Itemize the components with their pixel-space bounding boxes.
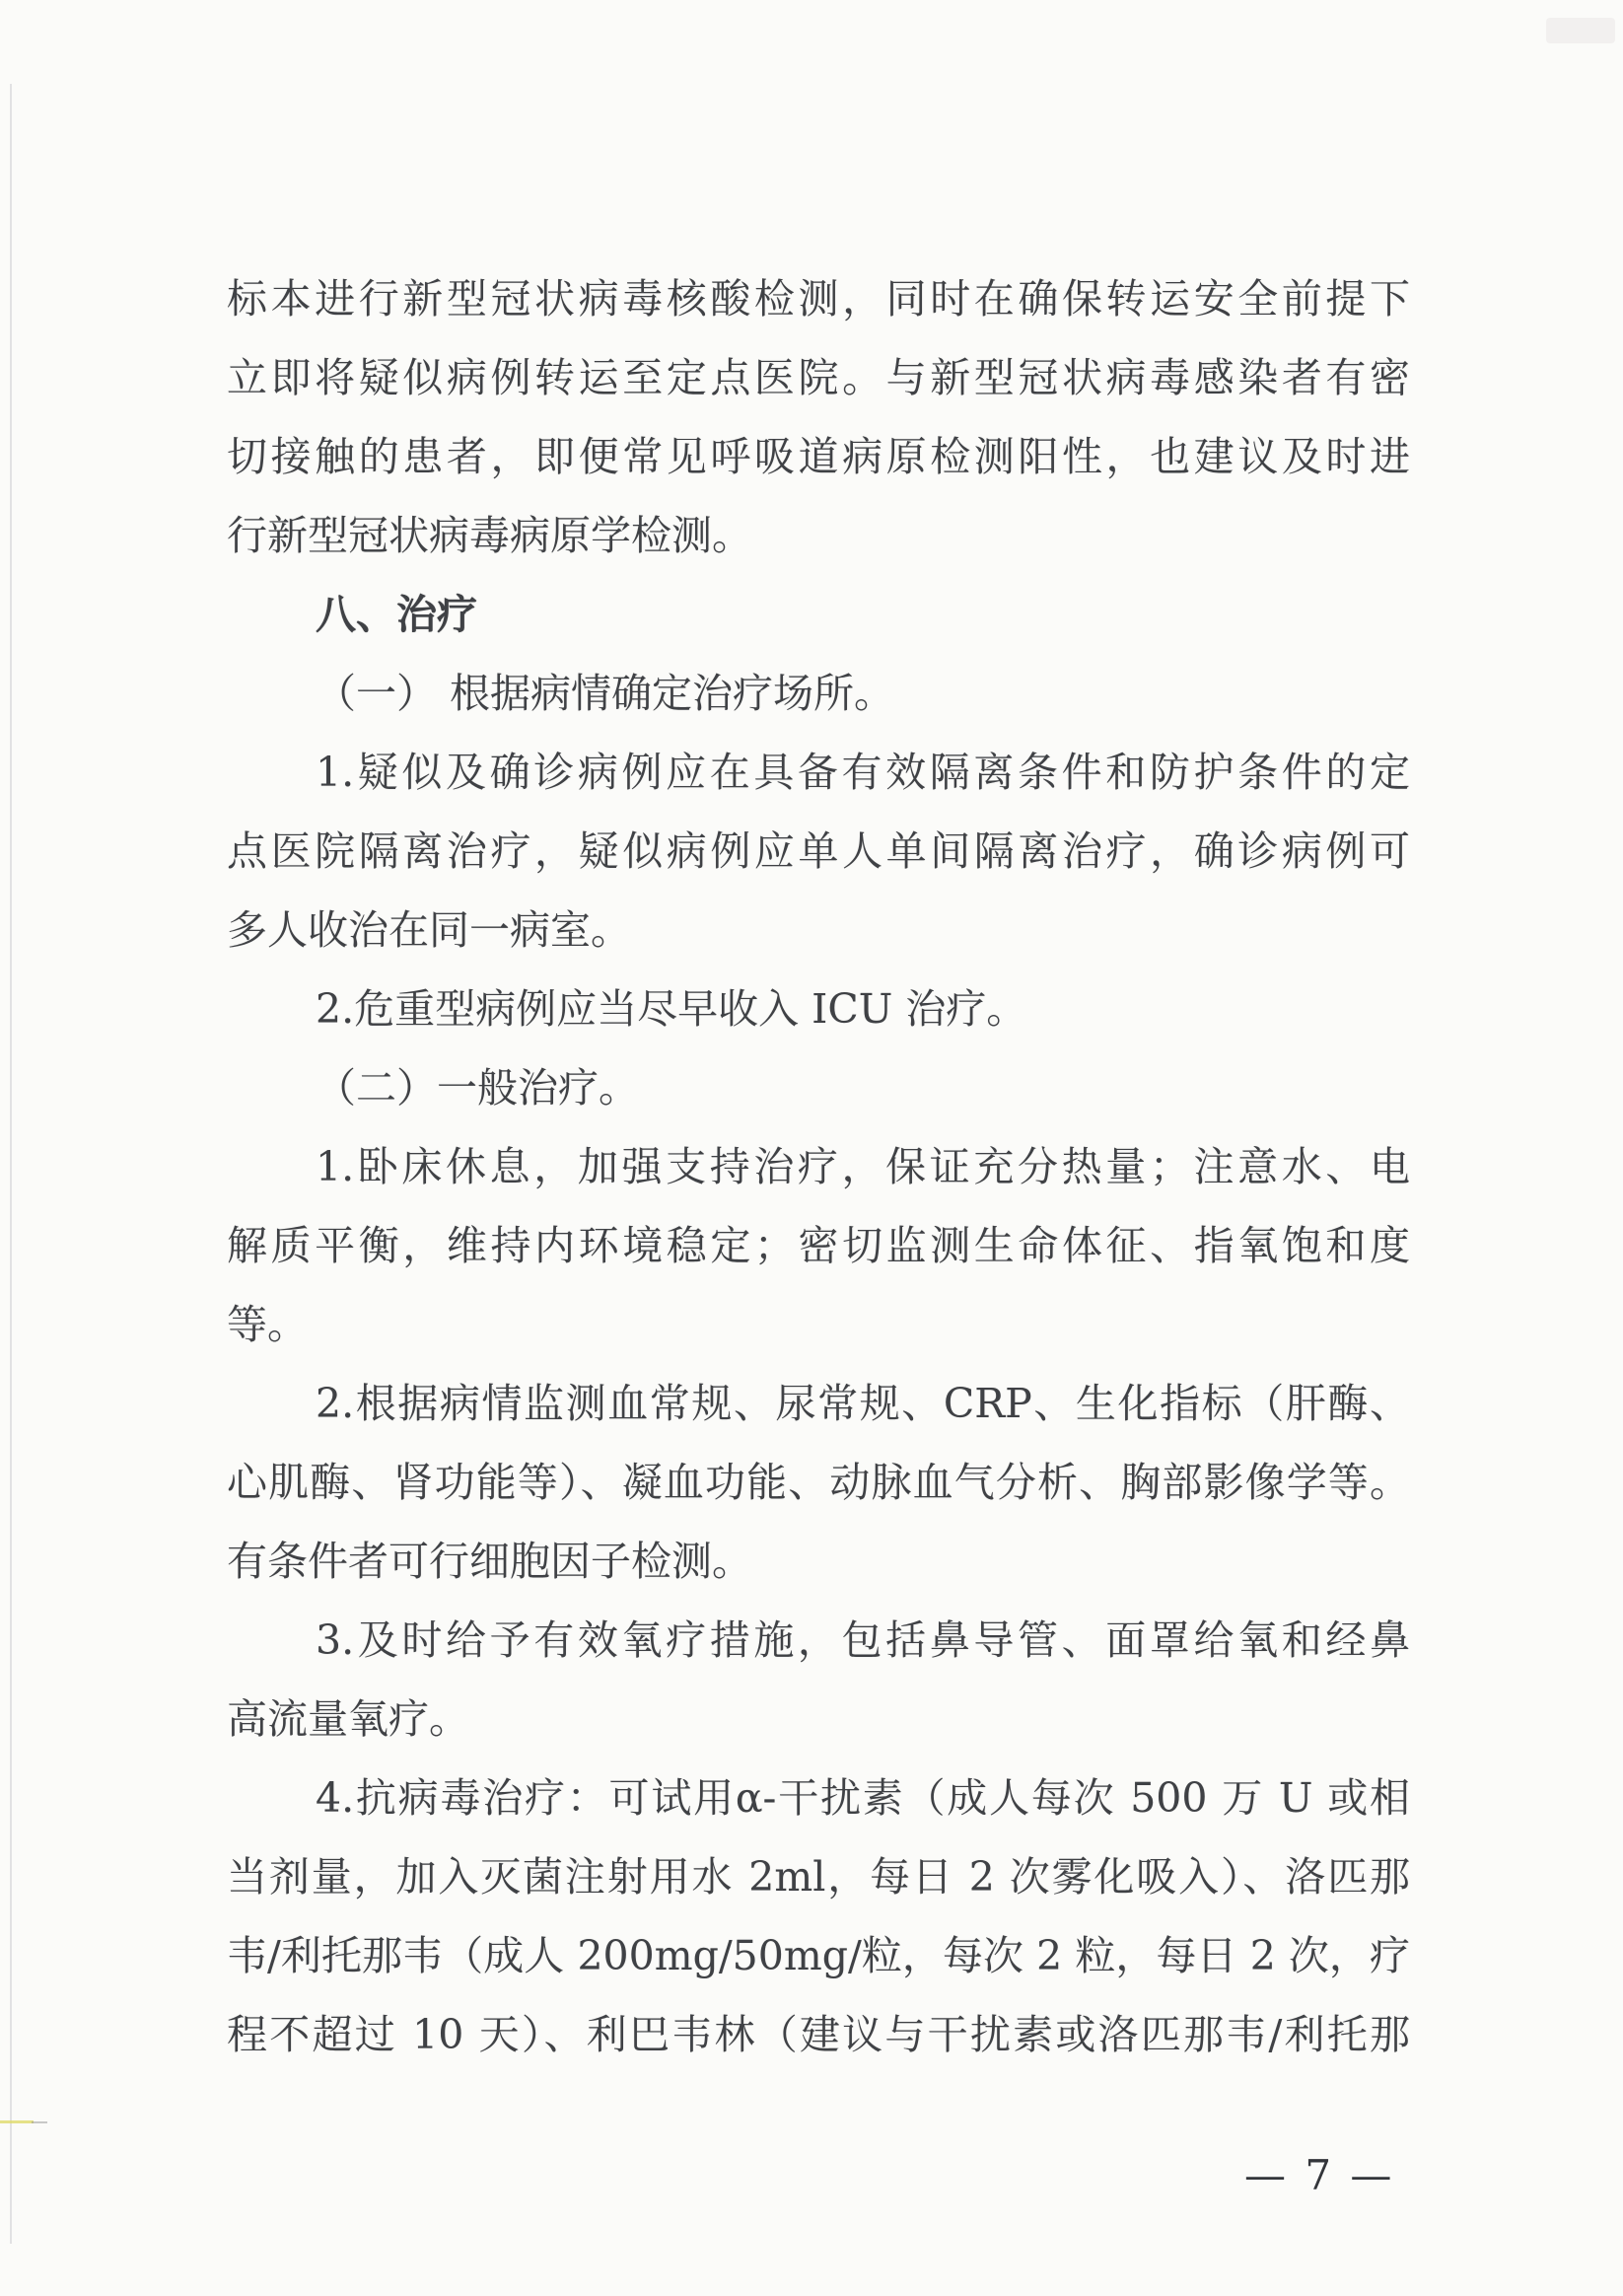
- document-line: 解质平衡，维持内环境稳定；密切监测生命体征、指氧饱和度: [227, 1206, 1410, 1285]
- document-body: 标本进行新型冠状病毒核酸检测，同时在确保转运安全前提下 立即将疑似病例转运至定点…: [227, 259, 1410, 2074]
- document-line: 等。: [227, 1285, 1410, 1364]
- document-line: 1.疑似及确诊病例应在具备有效隔离条件和防护条件的定: [227, 733, 1410, 812]
- scan-artifact-yellow-mark: [0, 2120, 34, 2123]
- document-line: 程不超过 10 天）、利巴韦林（建议与干扰素或洛匹那韦/利托那: [227, 1995, 1410, 2074]
- page-number: — 7 —: [1244, 2154, 1391, 2197]
- document-line: 心肌酶、肾功能等）、凝血功能、动脉血气分析、胸部影像学等。: [227, 1443, 1410, 1522]
- subsection-heading-2: （二）一般治疗。: [227, 1048, 1410, 1127]
- scan-artifact-smudge: [1546, 18, 1615, 43]
- document-line: 3.及时给予有效氧疗措施，包括鼻导管、面罩给氧和经鼻: [227, 1601, 1410, 1680]
- scan-edge-artifact-line: [10, 84, 12, 2244]
- subsection-heading-1: （一） 根据病情确定治疗场所。: [227, 654, 1410, 733]
- document-line: 2.根据病情监测血常规、尿常规、CRP、生化指标（肝酶、: [227, 1364, 1410, 1443]
- document-line: 多人收治在同一病室。: [227, 891, 1410, 969]
- document-line: 标本进行新型冠状病毒核酸检测，同时在确保转运安全前提下: [227, 259, 1410, 338]
- section-heading-treatment: 八、治疗: [227, 575, 1410, 654]
- document-line: 行新型冠状病毒病原学检测。: [227, 496, 1410, 575]
- document-line: 切接触的患者，即便常见呼吸道病原检测阳性，也建议及时进: [227, 417, 1410, 496]
- document-line: 当剂量，加入灭菌注射用水 2ml，每日 2 次雾化吸入）、洛匹那: [227, 1837, 1410, 1916]
- document-line: 1.卧床休息，加强支持治疗，保证充分热量；注意水、电: [227, 1127, 1410, 1206]
- scanned-document-page: 标本进行新型冠状病毒核酸检测，同时在确保转运安全前提下 立即将疑似病例转运至定点…: [0, 0, 1623, 2296]
- document-line: 有条件者可行细胞因子检测。: [227, 1522, 1410, 1601]
- document-line: 韦/利托那韦（成人 200mg/50mg/粒，每次 2 粒，每日 2 次，疗: [227, 1916, 1410, 1995]
- scan-artifact-grey-mark: [32, 2121, 47, 2123]
- document-line: 点医院隔离治疗，疑似病例应单人单间隔离治疗，确诊病例可: [227, 812, 1410, 891]
- document-line: 4.抗病毒治疗：可试用α-干扰素（成人每次 500 万 U 或相: [227, 1758, 1410, 1837]
- document-line: 立即将疑似病例转运至定点医院。与新型冠状病毒感染者有密: [227, 338, 1410, 417]
- document-line: 高流量氧疗。: [227, 1680, 1410, 1758]
- document-line: 2.危重型病例应当尽早收入 ICU 治疗。: [227, 969, 1410, 1048]
